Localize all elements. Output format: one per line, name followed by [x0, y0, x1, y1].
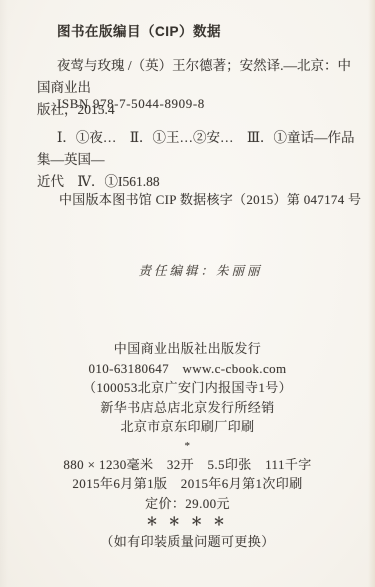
cip-record-line1: 夜莺与玫瑰 /（英）王尔德著；安然译.—北京：中国商业出 [37, 58, 351, 95]
colophon-section: 中国商业出版社出版发行 010-63180647 www.c-cbook.com… [0, 339, 375, 552]
isbn-line: ISBN 978-7-5044-8909-8 [57, 96, 205, 112]
format-line: 880 × 1230毫米 32开 5.5印张 111千字 [0, 455, 375, 475]
stars-separator: ＊ ＊ ＊ ＊ [0, 513, 375, 532]
printer-line: 北京市京东印刷厂印刷 [0, 417, 375, 437]
cip-heading: 图书在版编目（CIP）数据 [57, 20, 221, 40]
distributor-line: 新华书店总店北京发行所经销 [0, 398, 375, 418]
cip-record-number: 中国版本图书馆 CIP 数据核字（2015）第 047174 号 [59, 189, 361, 208]
edition-line: 2015年6月第1版 2015年6月第1次印刷 [0, 474, 375, 494]
editor-credit: 责任编辑：朱丽丽 [0, 261, 375, 279]
publisher-line: 中国商业出版社出版发行 [0, 339, 375, 359]
book-copyright-page: 图书在版编目（CIP）数据 夜莺与玫瑰 /（英）王尔德著；安然译.—北京：中国商… [0, 0, 375, 587]
price-line: 定价：29.00元 [0, 494, 375, 514]
cip-classification-paragraph: Ⅰ．①夜… Ⅱ．①王…②安… Ⅲ．①童话—作品集—英国—近代 Ⅳ．①I561.8… [37, 127, 362, 193]
phone-website-line: 010-63180647 www.c-cbook.com [0, 359, 375, 379]
cip-classification-line2: 近代 Ⅳ．①I561.88 [37, 174, 160, 189]
cip-classification-line1: Ⅰ．①夜… Ⅱ．①王…②安… Ⅲ．①童话—作品集—英国— [37, 130, 355, 167]
address-line: （100053北京广安门内报国寺1号） [0, 378, 375, 398]
divider-asterisk: * [0, 437, 375, 455]
quality-notice-line: （如有印装质量问题可更换） [0, 532, 375, 552]
